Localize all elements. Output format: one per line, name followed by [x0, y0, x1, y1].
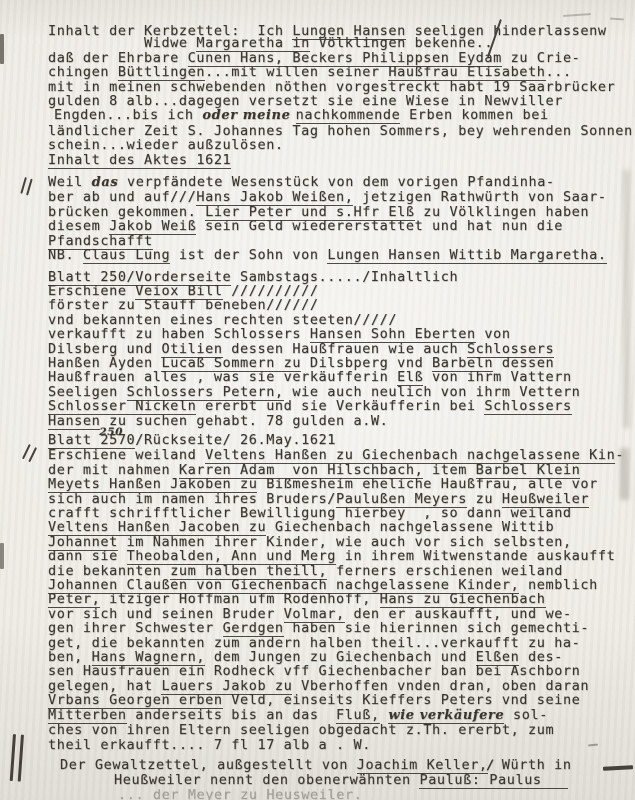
text-line-42: get, die bekannten zum andern halben the…	[48, 636, 635, 650]
pencil-mark-top-right-1	[563, 13, 591, 17]
line-aktes-heading: Inhalt des Aktes 1621	[48, 153, 635, 167]
text-segment: verpfändete Wesenstück von dem vorigen P…	[118, 174, 554, 190]
text-line-52: ... der Meyer zu Heusweiler.	[48, 788, 635, 800]
text-segment: Hansen	[48, 413, 100, 430]
margin-slash-mark	[22, 444, 37, 462]
text-line-24: Haußfrauen alles , was sie verkäufferin …	[48, 370, 635, 384]
handwritten-text: das	[92, 175, 119, 190]
text-line-22: Dilsberg und Otilien dessen Haußfrauen w…	[48, 342, 635, 356]
text-line-36: dann sie Theobalden, Ann und Merg in ihr…	[48, 549, 635, 563]
text-segment: NB.	[48, 247, 83, 263]
text-line-20: vnd bekannten eines rechten steeten/////	[48, 313, 635, 327]
text-segment: sein Geld wiedererstattet und hat nun di…	[196, 218, 563, 234]
text-line-44: sen Hausfrauen ein Rodheck vff Giechenba…	[48, 664, 635, 678]
text-line-4: chingen Büttlingen...mit willen seiner H…	[48, 65, 635, 79]
text-line-9: schein...wieder außzulösen.	[48, 138, 635, 152]
text-line-15: Pfandschafft	[48, 234, 635, 248]
text-line-41: gen ihrer Schwester Gerdgen haben sie hi…	[48, 621, 635, 635]
text-line-21: verkaufft zu haben Schlossers Hansen Soh…	[48, 327, 635, 341]
right-edge-smudge-long	[623, 170, 630, 428]
text-line-29: Erschiene weiland Veltens Hanßen zu Giec…	[48, 448, 635, 462]
text-segment: theil erkaufft.... 7 fl 17 alb a . W.	[48, 737, 371, 753]
text-line-46: Vrbans Georgen erben Veld, einseits Kief…	[48, 693, 635, 707]
text-segment: Engden...bis ich	[54, 107, 202, 123]
text-line-51: Heußweiler nennt den obenerwähnten Paulu…	[48, 773, 635, 787]
scan-page: Inhalt der Kerbzettel: Ich Lungen Hansen…	[0, 0, 635, 800]
text-segment: von	[476, 326, 511, 342]
handwritten-text: oder meine	[202, 108, 295, 123]
text-segment: ist der Sohn von	[170, 247, 327, 263]
line-gewaltzettel: Der Gewaltzettel, außgestellt von Joachi…	[48, 758, 635, 773]
left-edge-mark	[0, 543, 4, 569]
text-segment: Pauluß: Paulus	[419, 772, 567, 789]
mark-stroke	[10, 734, 16, 781]
text-line-26: Schlosser Nickeln ererbt und sie Verkäuf…	[48, 399, 635, 413]
text-line-49: theil erkaufft.... 7 fl 17 alb a . W.	[48, 738, 635, 752]
text-segment: Heußweiler nennt den obenerwähnten	[114, 772, 419, 788]
text-line-34: Veltens Hanßen Jacoben zu Giechenbach na…	[48, 520, 635, 534]
text-segment: zu suchen gehabt. 78 gulden a.W.	[100, 413, 388, 429]
text-segment: Würth in	[493, 757, 572, 773]
text-line-14: diesem Jakob Weiß sein Geld wiedererstat…	[48, 219, 635, 233]
line-blatt-250-vorderseite: Blatt 250/Vorderseite Sambstags...../Inh…	[48, 270, 635, 284]
left-edge-bar	[0, 34, 4, 64]
text-line-39: Peter, itziger Hoffman ufm Rodenhoff, Ha…	[48, 592, 635, 606]
text-segment: schein...wieder außzulösen.	[48, 137, 284, 153]
text-segment: Weil	[48, 174, 92, 190]
right-edge-smudge-short	[620, 448, 629, 500]
mark-stroke	[26, 179, 33, 196]
text-segment: /Rückseite/ 26.May.1621	[135, 432, 336, 448]
text-segment: Schlossers	[484, 398, 571, 415]
text-segment: Völklingen bekenne..	[310, 35, 493, 51]
text-line-12: ber ab und auf///Hans Jakob Weißen, jetz…	[48, 190, 635, 204]
mark-stroke	[18, 735, 24, 782]
text-segment: Claus Lung	[83, 247, 170, 264]
text-segment: Erben kommen bei	[400, 107, 548, 123]
text-line-37: die bekannten zum halben theill, ferners…	[48, 564, 635, 578]
margin-check-mark	[20, 177, 32, 196]
text-segment: Inhalt des Aktes 1621	[48, 152, 231, 169]
text-line-32: sich auch im namen ihres Bruders/Pauluße…	[48, 492, 635, 506]
text-segment: diesem	[48, 218, 109, 234]
text-segment: Lungen Hansen Wittib Margaretha.	[327, 247, 606, 264]
text-line-16: NB. Claus Lung ist der Sohn von Lungen H…	[48, 248, 635, 262]
text-segment: anderseits bis an das	[127, 707, 336, 723]
text-line-25: Seeligen Schlossers Petern, wie auch neu…	[48, 385, 635, 399]
margin-double-bar	[10, 734, 24, 782]
text-line-47: Mitterben anderseits bis an das Fluß, wi…	[48, 708, 635, 723]
pencil-mark-top-right-2	[610, 18, 624, 21]
text-line-31: Meyets Hanßen Jakoben zu Bißmesheim ehel…	[48, 477, 635, 491]
text-line-19: förster zu Stauff beneben//////	[48, 298, 635, 312]
text-segment: Der Gewaltzettel, außgestellt von	[60, 757, 357, 773]
text-line-48: ches von ihren Eltern seeligen obgedacht…	[48, 723, 635, 737]
text-line-7: Engden...bis ich oder meine nachkommende…	[48, 108, 635, 123]
text-segment: sol-	[504, 707, 548, 723]
text-segment: ... der Meyer zu Heusweiler.	[118, 787, 362, 800]
text-line-5: mit in meinen schwebenden nöthen vorgest…	[48, 80, 635, 94]
text-line-27: Hansen zu suchen gehabt. 78 gulden a.W.	[48, 414, 635, 428]
mark-stroke	[28, 447, 37, 462]
